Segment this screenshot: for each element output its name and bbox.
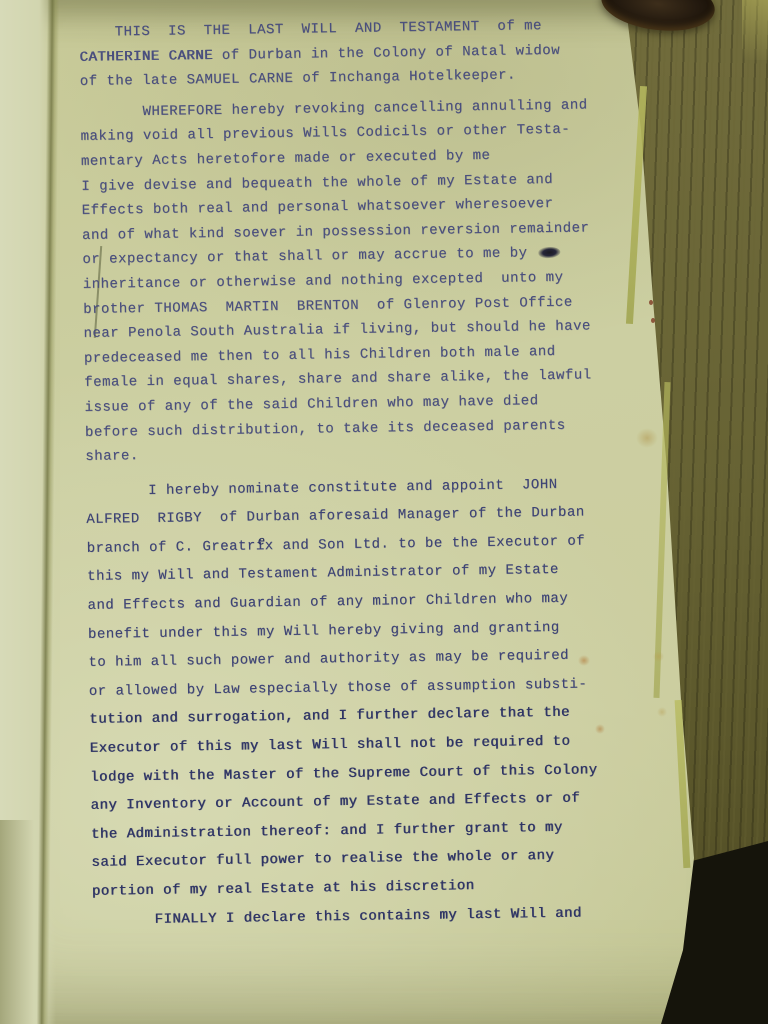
testatrix-name: CATHERINE CARNE [79, 48, 213, 66]
will-line-text: or expectancy or that shall or may accru… [82, 246, 536, 269]
stain [653, 651, 664, 662]
stain [657, 707, 667, 717]
photo-of-will-document: THIS IS THE LAST WILL AND TESTAMENT of m… [0, 0, 768, 1024]
paragraph-opening: THIS IS THE LAST WILL AND TESTAMENT of m… [79, 13, 646, 470]
ink-smudge [538, 246, 561, 259]
will-line-text: and Son Ltd. to be the Executor of [274, 533, 586, 554]
paragraph-executor: I hereby nominate constitute and appoint… [86, 469, 653, 935]
fold-shadow [0, 820, 34, 1024]
edge-red-speck [649, 300, 653, 305]
typed-text-block: THIS IS THE LAST WILL AND TESTAMENT of m… [79, 13, 653, 935]
handwritten-correction-e: e [258, 527, 266, 556]
corrected-word: eix [256, 538, 274, 554]
table-highlight [742, 0, 768, 60]
edge-red-speck [651, 318, 655, 323]
will-line-text: branch of C. Greatr [87, 538, 256, 557]
will-line-rest: of Durban in the Colony of Natal widow [213, 42, 560, 63]
